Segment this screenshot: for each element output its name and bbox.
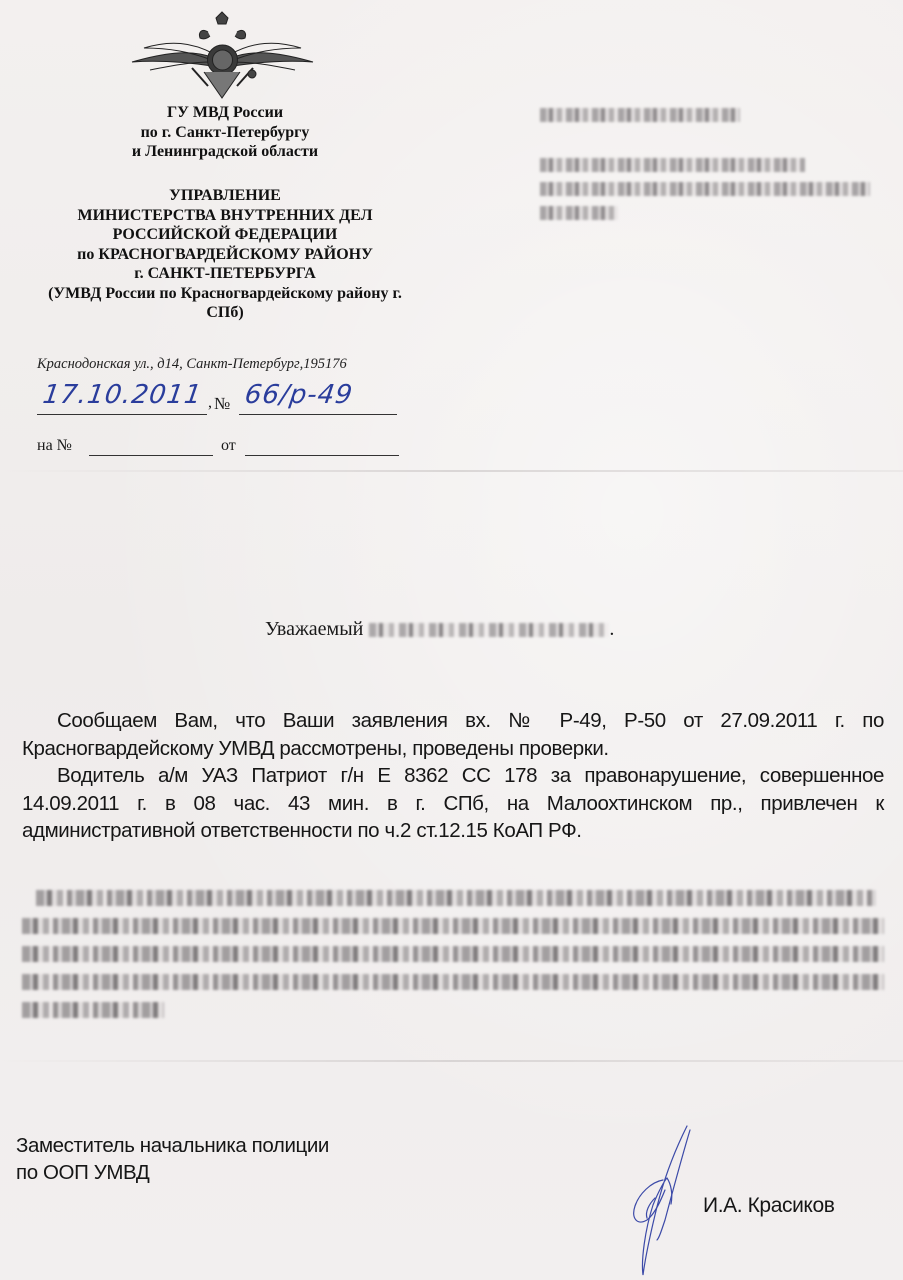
body-paragraph-2: Водитель а/м УАЗ Патриот г/н Е 8362 СС 1… xyxy=(22,762,884,845)
org-line: СПб) xyxy=(0,303,450,323)
salutation-suffix: . xyxy=(609,618,614,641)
redacted-line xyxy=(22,974,884,990)
salutation-prefix: Уважаемый xyxy=(265,618,363,641)
org-line: г. САНКТ-ПЕТЕРБУРГА xyxy=(0,264,450,284)
redacted-line xyxy=(22,1002,164,1018)
body-paragraph-3-redacted xyxy=(22,890,884,1030)
reference-line: на № от xyxy=(37,437,407,459)
registration-date-field: 17.10.2011 xyxy=(37,380,207,415)
separator: , xyxy=(208,394,212,412)
redacted-line xyxy=(540,182,870,196)
handwritten-signature-icon xyxy=(615,1120,715,1280)
redacted-line xyxy=(540,158,805,172)
paper-fold-line xyxy=(0,470,903,472)
body-paragraph-1: Сообщаем Вам, что Ваши заявления вх. № Р… xyxy=(22,707,884,762)
org-line: и Ленинградской области xyxy=(0,142,450,162)
addressee-redacted xyxy=(540,108,880,230)
org-header-parent: ГУ МВД России по г. Санкт-Петербургу и Л… xyxy=(0,103,450,162)
org-header-main: УПРАВЛЕНИЕ МИНИСТЕРСТВА ВНУТРЕННИХ ДЕЛ Р… xyxy=(0,186,450,323)
ref-date-blank xyxy=(245,437,399,456)
registration-line: 17.10.2011 , № 66/р-49 xyxy=(37,380,407,414)
signatory-name: И.А. Красиков xyxy=(703,1194,835,1218)
redacted-line xyxy=(22,946,884,962)
salutation: Уважаемый . xyxy=(265,618,614,641)
org-line: по КРАСНОГВАРДЕЙСКОМУ РАЙОНУ xyxy=(0,245,450,265)
ref-from-label: от xyxy=(221,437,236,455)
ref-number-label: на № xyxy=(37,437,72,455)
registration-date: 17.10.2011 xyxy=(41,380,204,410)
org-line: по г. Санкт-Петербургу xyxy=(0,123,450,143)
paper-fold-line xyxy=(0,1060,903,1062)
org-line: ГУ МВД России xyxy=(0,103,450,123)
registration-number-field: 66/р-49 xyxy=(239,380,397,415)
number-label: № xyxy=(214,394,230,414)
letter-page: ГУ МВД России по г. Санкт-Петербургу и Л… xyxy=(0,0,903,1280)
redacted-line xyxy=(36,890,876,906)
ref-number-blank xyxy=(89,437,213,456)
org-line: УПРАВЛЕНИЕ xyxy=(0,186,450,206)
org-line: МИНИСТЕРСТВА ВНУТРЕННИХ ДЕЛ xyxy=(0,206,450,226)
redacted-line xyxy=(540,206,618,220)
registration-number: 66/р-49 xyxy=(243,380,355,410)
redacted-line xyxy=(22,918,884,934)
mvd-emblem-icon xyxy=(130,10,315,100)
org-line: (УМВД России по Красногвардейскому район… xyxy=(0,284,450,304)
signatory-title: Заместитель начальника полиции по ООП УМ… xyxy=(16,1132,329,1186)
org-address: Краснодонская ул., д14, Санкт-Петербург,… xyxy=(37,356,347,373)
org-line: РОССИЙСКОЙ ФЕДЕРАЦИИ xyxy=(0,225,450,245)
signatory-title-line: по ООП УМВД xyxy=(16,1159,329,1186)
signatory-title-line: Заместитель начальника полиции xyxy=(16,1132,329,1159)
redacted-line xyxy=(540,108,740,122)
redacted-name xyxy=(369,623,609,637)
